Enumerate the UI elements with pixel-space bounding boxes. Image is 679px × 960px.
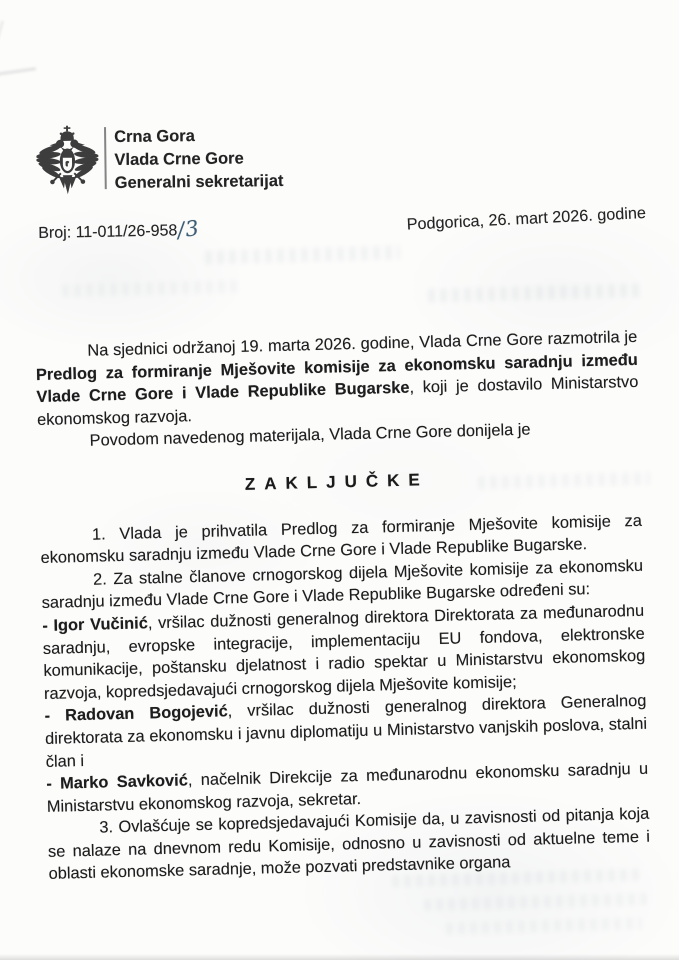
paragraph: 3. Ovlašćuje se kopredsjedavajući Komisi… bbox=[47, 803, 651, 886]
paragraph: - Igor Vučinić, vršilac dužnosti general… bbox=[42, 600, 646, 706]
letterhead: Crna Gora Vlada Crne Gore Generalni sekr… bbox=[36, 123, 284, 206]
scan-bottom-edge bbox=[0, 954, 679, 960]
bleed-through-artifact bbox=[428, 283, 643, 303]
paragraph: Na sjednici održanoj 19. marta 2026. god… bbox=[35, 326, 639, 432]
handwritten-copy-number: /3 bbox=[176, 216, 201, 243]
place-date-line: Podgorica, 26. mart 2026. godine bbox=[406, 204, 646, 235]
scanned-document-page: Crna Gora Vlada Crne Gore Generalni sekr… bbox=[0, 0, 679, 960]
bleed-through-artifact bbox=[62, 280, 242, 298]
paper-crease bbox=[0, 21, 48, 96]
document-body: Na sjednici održanoj 19. marta 2026. god… bbox=[35, 326, 651, 886]
letterhead-government: Vlada Crne Gore bbox=[114, 147, 283, 172]
conclusions-heading: ZAKLJUČKE bbox=[33, 464, 641, 502]
bleed-through-artifact bbox=[424, 893, 650, 911]
reference-number-printed: Broj: 11-011/26-958 bbox=[38, 222, 177, 242]
reference-number: Broj: 11-011/26-958/3 bbox=[38, 216, 200, 243]
montenegro-coat-of-arms-icon bbox=[36, 125, 99, 206]
letterhead-department: Generalni sekretarijat bbox=[115, 170, 284, 195]
letterhead-country: Crna Gora bbox=[114, 124, 283, 149]
letterhead-divider bbox=[104, 127, 107, 189]
bleed-through-artifact bbox=[446, 917, 642, 934]
bleed-through-artifact bbox=[205, 245, 400, 264]
